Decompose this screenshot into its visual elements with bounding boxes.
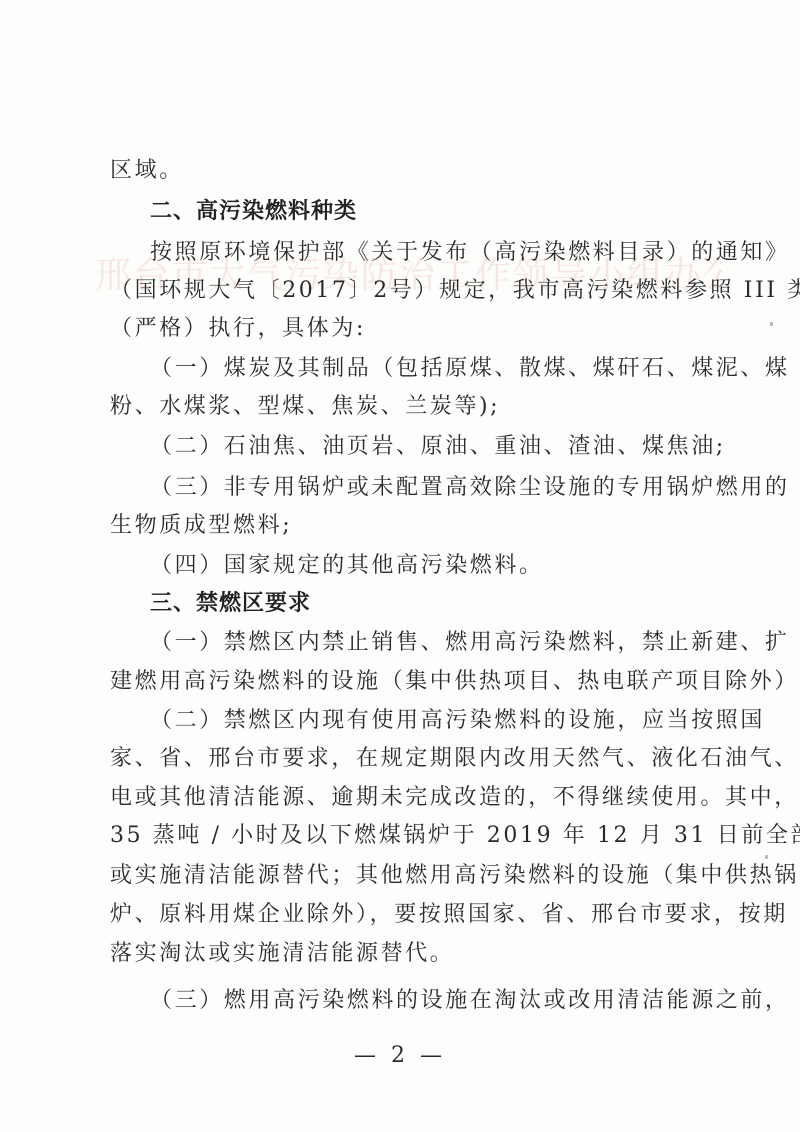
page-number: — 2 —: [0, 1043, 800, 1068]
body-text-line: 或实施清洁能源替代；其他燃用高污染燃料的设施（集中供热锅: [110, 862, 702, 890]
section-heading: 二、高污染燃料种类: [150, 198, 742, 226]
scan-speck: [765, 855, 768, 859]
body-text-line: 生物质成型燃料;: [110, 512, 702, 540]
body-text-line: 按照原环境保护部《关于发布（高污染燃料目录）的通知》: [150, 239, 702, 267]
body-text-line: （一）禁燃区内禁止销售、燃用高污染燃料，禁止新建、扩: [150, 629, 702, 657]
body-text-line: 炉、原料用煤企业除外），要按照国家、省、邢台市要求，按期: [110, 901, 702, 929]
body-text-line: （一）煤炭及其制品（包括原煤、散煤、煤矸石、煤泥、煤: [150, 355, 702, 383]
body-text-line: （四）国家规定的其他高污染燃料。: [150, 552, 702, 580]
body-text-line: （国环规大气〔2017〕2号）规定，我市高污染燃料参照 III 类: [110, 277, 702, 305]
document-page: 邢台市大气污染防治工作领导小组办公室 区域。二、高污染燃料种类按照原环境保护部《…: [0, 0, 800, 1132]
scan-speck: [771, 365, 773, 368]
body-text-line: （二）禁燃区内现有使用高污染燃料的设施，应当按照国: [150, 707, 702, 735]
body-text-line: 区域。: [110, 157, 702, 185]
body-text-line: 粉、水煤浆、型煤、焦炭、兰炭等);: [110, 393, 702, 421]
body-text-line: 家、省、邢台市要求，在规定期限内改用天然气、液化石油气、: [110, 745, 702, 773]
body-text-line: （严格）执行，具体为:: [110, 315, 702, 343]
body-text-line: 建燃用高污染燃料的设施（集中供热项目、热电联产项目除外）: [110, 668, 702, 696]
section-heading: 三、禁燃区要求: [150, 590, 742, 618]
body-text-line: 落实淘汰或实施清洁能源替代。: [110, 940, 702, 968]
scan-speck: [770, 322, 773, 326]
body-text-line: （二）石油焦、油页岩、原油、重油、渣油、煤焦油;: [150, 433, 702, 461]
body-text-line: 电或其他清洁能源、逾期未完成改造的，不得继续使用。其中，: [110, 784, 702, 812]
body-text-line: （三）非专用锅炉或未配置高效除尘设施的专用锅炉燃用的: [150, 474, 702, 502]
body-text-line: （三）燃用高污染燃料的设施在淘汰或改用清洁能源之前，: [150, 987, 702, 1015]
body-text-line: 35 蒸吨 / 小时及以下燃煤锅炉于 2019 年 12 月 31 日前全部淘汰: [110, 822, 702, 850]
